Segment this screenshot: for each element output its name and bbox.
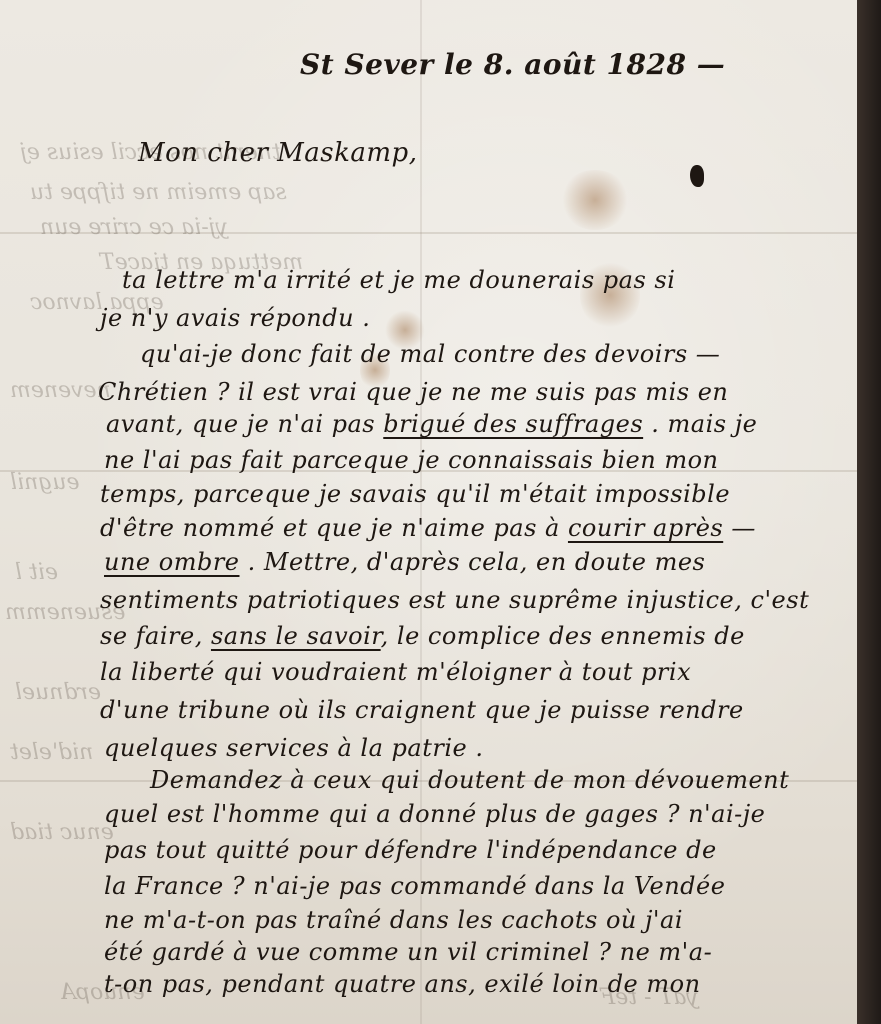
letter-salutation: Mon cher Maskamp,	[138, 138, 417, 168]
letter-page: tnemt nos eccil esius ej sap emeim ne ti…	[0, 0, 862, 1024]
bleed-through-text: yj-ia ce crire eun	[40, 215, 228, 240]
letter-line: quelques services à la patrie .	[104, 734, 483, 762]
bleed-through-text: eugnil	[10, 470, 80, 495]
letter-line: la France ? n'ai-je pas commandé dans la…	[104, 872, 725, 900]
letter-line: je n'y avais répondu .	[100, 304, 370, 332]
letter-line: la liberté qui voudraient m'éloigner à t…	[100, 658, 691, 686]
letter-line: d'être nommé et que je n'aime pas à cour…	[100, 514, 756, 542]
letter-line: quel est l'homme qui a donné plus de gag…	[104, 800, 765, 828]
ink-blot	[690, 165, 704, 187]
bleed-through-text: nid'elet	[10, 740, 93, 765]
letter-line: une ombre . Mettre, d'après cela, en dou…	[104, 548, 705, 576]
letter-line: qu'ai-je donc fait de mal contre des dev…	[140, 340, 720, 368]
letter-line: sentiments patriotiques est une suprême …	[100, 586, 809, 614]
letter-line: se faire, sans le savoir, le complice de…	[100, 622, 745, 650]
letter-line: temps, parceque je savais qu'il m'était …	[100, 480, 730, 508]
page-edge-shadow	[857, 0, 881, 1024]
letter-line: d'une tribune où ils craignent que je pu…	[100, 696, 744, 724]
letter-line: avant, que je n'ai pas brigué des suffra…	[106, 410, 757, 438]
letter-line: Chrétien ? il est vrai que je ne me suis…	[98, 378, 728, 406]
bleed-through-text: nevenem	[10, 378, 111, 403]
letter-line: ta lettre m'a irrité et je me dounerais …	[122, 266, 675, 294]
bleed-through-text: erdnuel	[15, 680, 101, 705]
letter-line: t-on pas, pendant quatre ans, exilé loin…	[104, 970, 701, 998]
bleed-through-text: sap emeim ne tifppe tu	[30, 180, 287, 205]
letter-line: pas tout quitté pour défendre l'indépend…	[104, 836, 717, 864]
paper-fold-vertical	[420, 0, 422, 1024]
letter-line: Demandez à ceux qui doutent de mon dévou…	[150, 766, 789, 794]
bleed-through-text: enuc tiad	[10, 820, 114, 845]
letter-line: ne l'ai pas fait parceque je connaissais…	[104, 446, 719, 474]
letter-line: été gardé à vue comme un vil criminel ? …	[104, 938, 712, 966]
ink-stain	[560, 170, 630, 230]
letter-line: ne m'a-t-on pas traîné dans les cachots …	[104, 906, 683, 934]
bleed-through-text: eit l	[15, 560, 58, 585]
letter-dateline: St Sever le 8. août 1828 —	[300, 48, 725, 81]
